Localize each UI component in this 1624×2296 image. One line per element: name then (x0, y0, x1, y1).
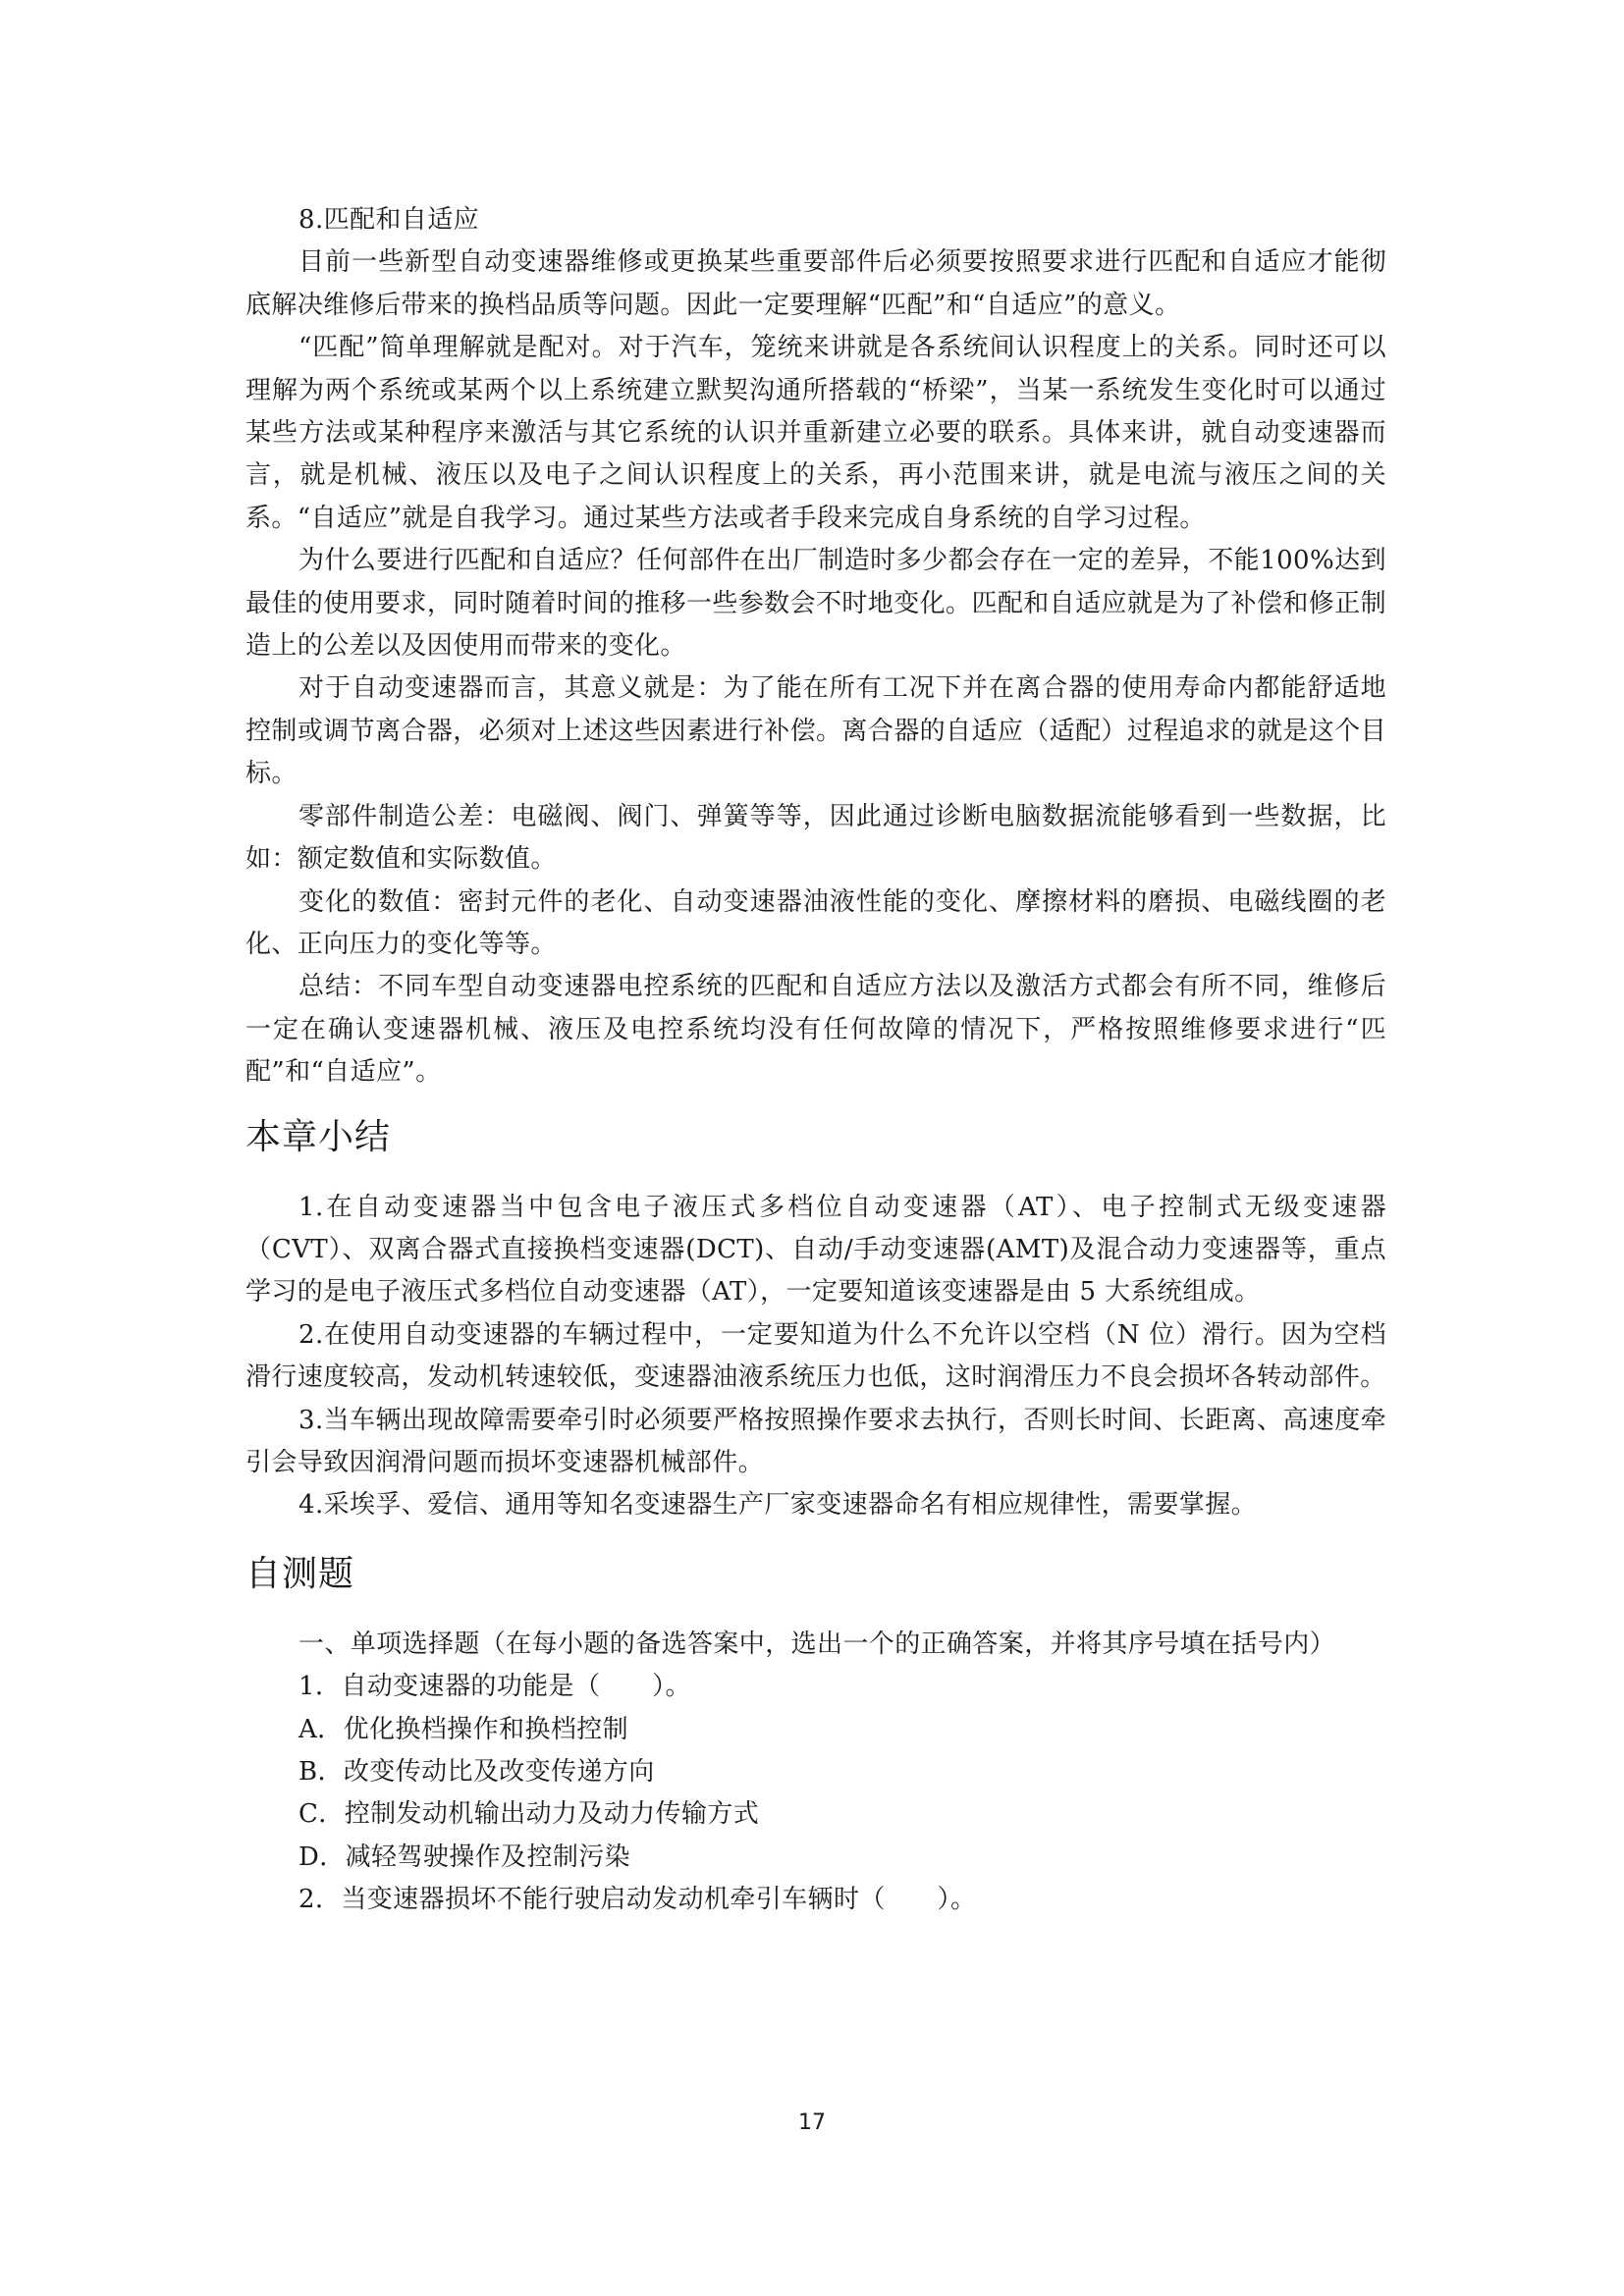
summary-item: 4.采埃孚、爱信、通用等知名变速器生产厂家变速器命名有相应规律性，需要掌握。 (245, 1484, 1386, 1526)
answer-option: A．优化换档操作和换档控制 (245, 1709, 1386, 1751)
summary-item: 2.在使用自动变速器的车辆过程中，一定要知道为什么不允许以空档（N 位）滑行。因… (245, 1314, 1386, 1400)
answer-option: B．改变传动比及改变传递方向 (245, 1751, 1386, 1793)
summary-heading: 本章小结 (245, 1114, 1386, 1161)
summary-item: 3.当车辆出现故障需要牵引时必须要严格按照操作要求去执行，否则长时间、长距离、高… (245, 1400, 1386, 1485)
paragraph: 总结：不同车型自动变速器电控系统的匹配和自适应方法以及激活方式都会有所不同，维修… (245, 966, 1386, 1094)
section-heading: 8.匹配和自适应 (245, 199, 1386, 241)
answer-option: D．减轻驾驶操作及控制污染 (245, 1837, 1386, 1879)
document-page: 8.匹配和自适应 目前一些新型自动变速器维修或更换某些重要部件后必须要按照要求进… (245, 199, 1386, 1922)
paragraph: “匹配”简单理解就是配对。对于汽车，笼统来讲就是各系统间认识程度上的关系。同时还… (245, 327, 1386, 540)
paragraph: 为什么要进行匹配和自适应？任何部件在出厂制造时多少都会存在一定的差异，不能100… (245, 540, 1386, 667)
question-stem: 1．自动变速器的功能是（ ）。 (245, 1666, 1386, 1708)
paragraph: 零部件制造公差：电磁阀、阀门、弹簧等等，因此通过诊断电脑数据流能够看到一些数据，… (245, 796, 1386, 881)
paragraph: 目前一些新型自动变速器维修或更换某些重要部件后必须要按照要求进行匹配和自适应才能… (245, 241, 1386, 327)
quiz-heading: 自测题 (245, 1551, 1386, 1598)
quiz-instruction: 一、单项选择题（在每小题的备选答案中，选出一个的正确答案，并将其序号填在括号内） (245, 1624, 1386, 1666)
paragraph: 对于自动变速器而言，其意义就是：为了能在所有工况下并在离合器的使用寿命内都能舒适… (245, 667, 1386, 795)
question-stem: 2．当变速器损坏不能行驶启动发动机牵引车辆时（ ）。 (245, 1879, 1386, 1921)
paragraph: 变化的数值：密封元件的老化、自动变速器油液性能的变化、摩擦材料的磨损、电磁线圈的… (245, 881, 1386, 967)
page-number: 17 (0, 2110, 1624, 2135)
answer-option: C．控制发动机输出动力及动力传输方式 (245, 1793, 1386, 1836)
summary-item: 1.在自动变速器当中包含电子液压式多档位自动变速器（AT）、电子控制式无级变速器… (245, 1187, 1386, 1314)
